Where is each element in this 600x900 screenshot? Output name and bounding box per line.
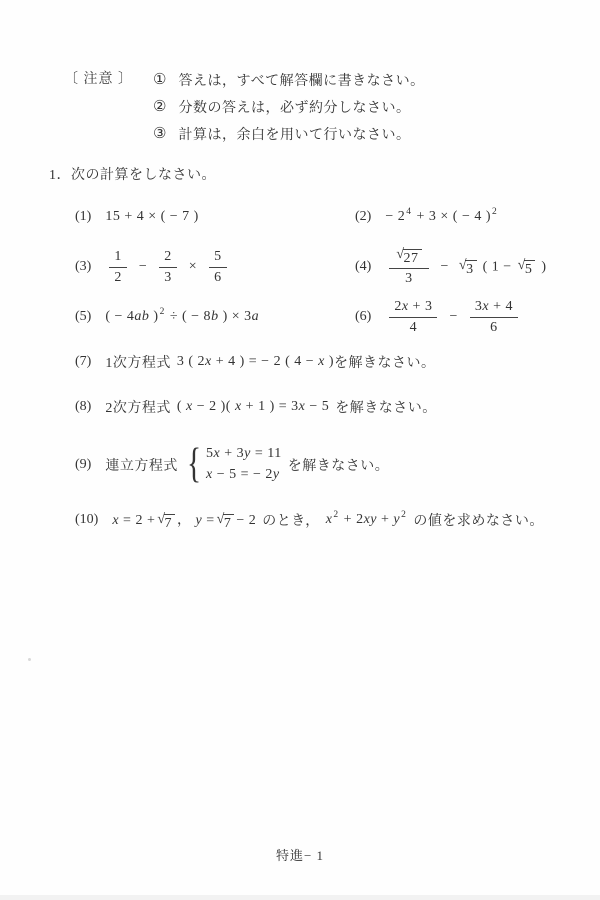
system-equations: 5x + 3y = 11 x − 5 = − 2y bbox=[206, 446, 282, 483]
problem-label: (5) bbox=[75, 309, 91, 325]
problem-label: (9) bbox=[75, 457, 91, 473]
problem-tail: を解きなさい。 bbox=[288, 455, 390, 475]
fraction-denominator: 3 bbox=[389, 269, 428, 286]
sqrt-radical: √3 bbox=[459, 260, 477, 277]
problem-label: (2) bbox=[355, 209, 371, 225]
superscript: 2 bbox=[401, 510, 406, 520]
problem-label: (10) bbox=[75, 512, 98, 528]
footer-page-number: 特進− 1 bbox=[0, 845, 600, 864]
notice-text: 計算は，余白を用いて行いなさい。 bbox=[178, 124, 410, 144]
problem-expression: − 24 + 3 × ( − 4 )2 bbox=[385, 209, 498, 225]
problem-1: (1) 15 + 4 × ( − 7 ) bbox=[75, 209, 355, 225]
problem-label: (4) bbox=[355, 259, 371, 275]
fraction: 3x + 46 bbox=[470, 299, 518, 335]
problem-expression: x2 + 2xy + y2 bbox=[326, 512, 408, 528]
radical-sign: √ bbox=[157, 513, 165, 528]
problem-label: (1) bbox=[75, 209, 91, 225]
problem-expression: x = 2 +√7， y =√7− 2 bbox=[112, 509, 256, 531]
problem-tail: の値を求めなさい。 bbox=[413, 510, 544, 530]
section-title: 1．次の計算をしなさい。 bbox=[49, 164, 216, 184]
fraction: 12 bbox=[109, 249, 127, 285]
equation-line: x − 5 = − 2y bbox=[206, 467, 282, 483]
problem-8: (8) 2次方程式 ( x − 2 )( x + 1 ) = 3x − 5 を解… bbox=[75, 394, 590, 420]
sqrt-radical: √5 bbox=[518, 260, 536, 277]
problem-label: (3) bbox=[75, 259, 91, 275]
fraction-denominator: 6 bbox=[209, 268, 227, 285]
fraction-denominator: 3 bbox=[159, 268, 177, 285]
notice-item: ① 答えは，すべて解答欄に書きなさい。 bbox=[153, 66, 425, 93]
sqrt-radical: √7 bbox=[217, 514, 235, 531]
fraction: 23 bbox=[159, 249, 177, 285]
radical-sign: √ bbox=[518, 259, 526, 274]
radical-sign: √ bbox=[217, 513, 225, 528]
superscript: 2 bbox=[160, 307, 165, 317]
circled-number: ① bbox=[153, 70, 166, 89]
problem-expression: 12 − 23 × 56 bbox=[105, 249, 230, 285]
problem-tail: を解きなさい。 bbox=[335, 397, 437, 417]
notice-text: 分数の答えは，必ず約分しなさい。 bbox=[178, 97, 410, 117]
problem-row: (5) ( − 4ab )2 ÷ ( − 8b ) × 3a (6) 2x + … bbox=[75, 294, 590, 340]
problem-expression: 15 + 4 × ( − 7 ) bbox=[105, 209, 199, 225]
fraction-numerator: √27 bbox=[389, 248, 428, 269]
problem-expression: √273 − √3 ( 1 − √5 ) bbox=[385, 248, 546, 287]
notice-items: ① 答えは，すべて解答欄に書きなさい。 ② 分数の答えは，必ず約分しなさい。 ③… bbox=[153, 66, 425, 147]
problem-expression: ( − 4ab )2 ÷ ( − 8b ) × 3a bbox=[105, 309, 259, 325]
equation-line: 5x + 3y = 11 bbox=[206, 446, 282, 462]
exam-page: 〔 注意 〕 ① 答えは，すべて解答欄に書きなさい。 ② 分数の答えは，必ず約分… bbox=[0, 0, 600, 900]
problem-row: (1) 15 + 4 × ( − 7 ) (2) − 24 + 3 × ( − … bbox=[75, 203, 590, 231]
fraction: 2x + 34 bbox=[389, 299, 437, 335]
problem-5: (5) ( − 4ab )2 ÷ ( − 8b ) × 3a bbox=[75, 309, 355, 325]
circled-number: ② bbox=[153, 97, 166, 116]
fraction-denominator: 2 bbox=[109, 268, 127, 285]
problem-2: (2) − 24 + 3 × ( − 4 )2 bbox=[355, 209, 590, 225]
superscript: 4 bbox=[406, 207, 411, 217]
problem-10: (10) x = 2 +√7， y =√7− 2 のとき， x2 + 2xy +… bbox=[75, 506, 590, 534]
problem-3: (3) 12 − 23 × 56 bbox=[75, 249, 355, 285]
fraction-numerator: 2x + 3 bbox=[389, 299, 437, 317]
fraction-denominator: 6 bbox=[470, 318, 518, 335]
problem-6: (6) 2x + 34 − 3x + 46 bbox=[355, 299, 590, 335]
problem-expression: 2x + 34 − 3x + 46 bbox=[385, 299, 522, 335]
problem-mid: のとき， bbox=[262, 510, 319, 530]
radical-sign: √ bbox=[459, 259, 467, 274]
scan-edge bbox=[0, 895, 600, 900]
problem-tail: を解きなさい。 bbox=[334, 352, 436, 372]
superscript: 2 bbox=[333, 510, 338, 520]
fraction-numerator: 3x + 4 bbox=[470, 299, 518, 317]
problem-7: (7) 1次方程式 3 ( 2x + 4 ) = − 2 ( 4 − x ) を… bbox=[75, 349, 590, 375]
fraction-numerator: 2 bbox=[159, 249, 177, 267]
fraction: √273 bbox=[389, 248, 428, 287]
problem-label: (7) bbox=[75, 354, 91, 370]
fraction: 56 bbox=[209, 249, 227, 285]
fraction-denominator: 4 bbox=[389, 318, 437, 335]
equation-system: { 5x + 3y = 11 x − 5 = − 2y bbox=[184, 446, 282, 484]
notice-text: 答えは，すべて解答欄に書きなさい。 bbox=[178, 70, 424, 90]
sqrt-radical: √7 bbox=[157, 514, 175, 531]
sqrt-radical: √27 bbox=[396, 249, 421, 266]
notice-item: ② 分数の答えは，必ず約分しなさい。 bbox=[153, 93, 425, 120]
scan-speck bbox=[28, 658, 31, 661]
problem-row: (3) 12 − 23 × 56 (4) √273 − √3 ( 1 − √5 … bbox=[75, 244, 590, 290]
radicand: 27 bbox=[403, 249, 422, 266]
notice-bracket: 〔 注意 〕 bbox=[64, 66, 133, 93]
notice-item: ③ 計算は，余白を用いて行いなさい。 bbox=[153, 120, 425, 147]
circled-number: ③ bbox=[153, 124, 166, 143]
fraction-numerator: 1 bbox=[109, 249, 127, 267]
system-brace: { bbox=[187, 446, 201, 484]
radical-sign: √ bbox=[396, 248, 404, 263]
problem-expression: 3 ( 2x + 4 ) = − 2 ( 4 − x ) bbox=[177, 354, 334, 370]
problem-4: (4) √273 − √3 ( 1 − √5 ) bbox=[355, 248, 590, 287]
problem-label: (8) bbox=[75, 399, 91, 415]
problem-9: (9) 連立方程式 { 5x + 3y = 11 x − 5 = − 2y を解… bbox=[75, 438, 590, 492]
problem-label: (6) bbox=[355, 309, 371, 325]
problem-lead: 2次方程式 bbox=[105, 397, 171, 417]
fraction-numerator: 5 bbox=[209, 249, 227, 267]
problem-lead: 連立方程式 bbox=[105, 455, 178, 475]
notice-block: 〔 注意 〕 ① 答えは，すべて解答欄に書きなさい。 ② 分数の答えは，必ず約分… bbox=[64, 66, 425, 147]
superscript: 2 bbox=[492, 207, 497, 217]
problem-expression: ( x − 2 )( x + 1 ) = 3x − 5 bbox=[177, 399, 329, 415]
problem-lead: 1次方程式 bbox=[105, 352, 171, 372]
